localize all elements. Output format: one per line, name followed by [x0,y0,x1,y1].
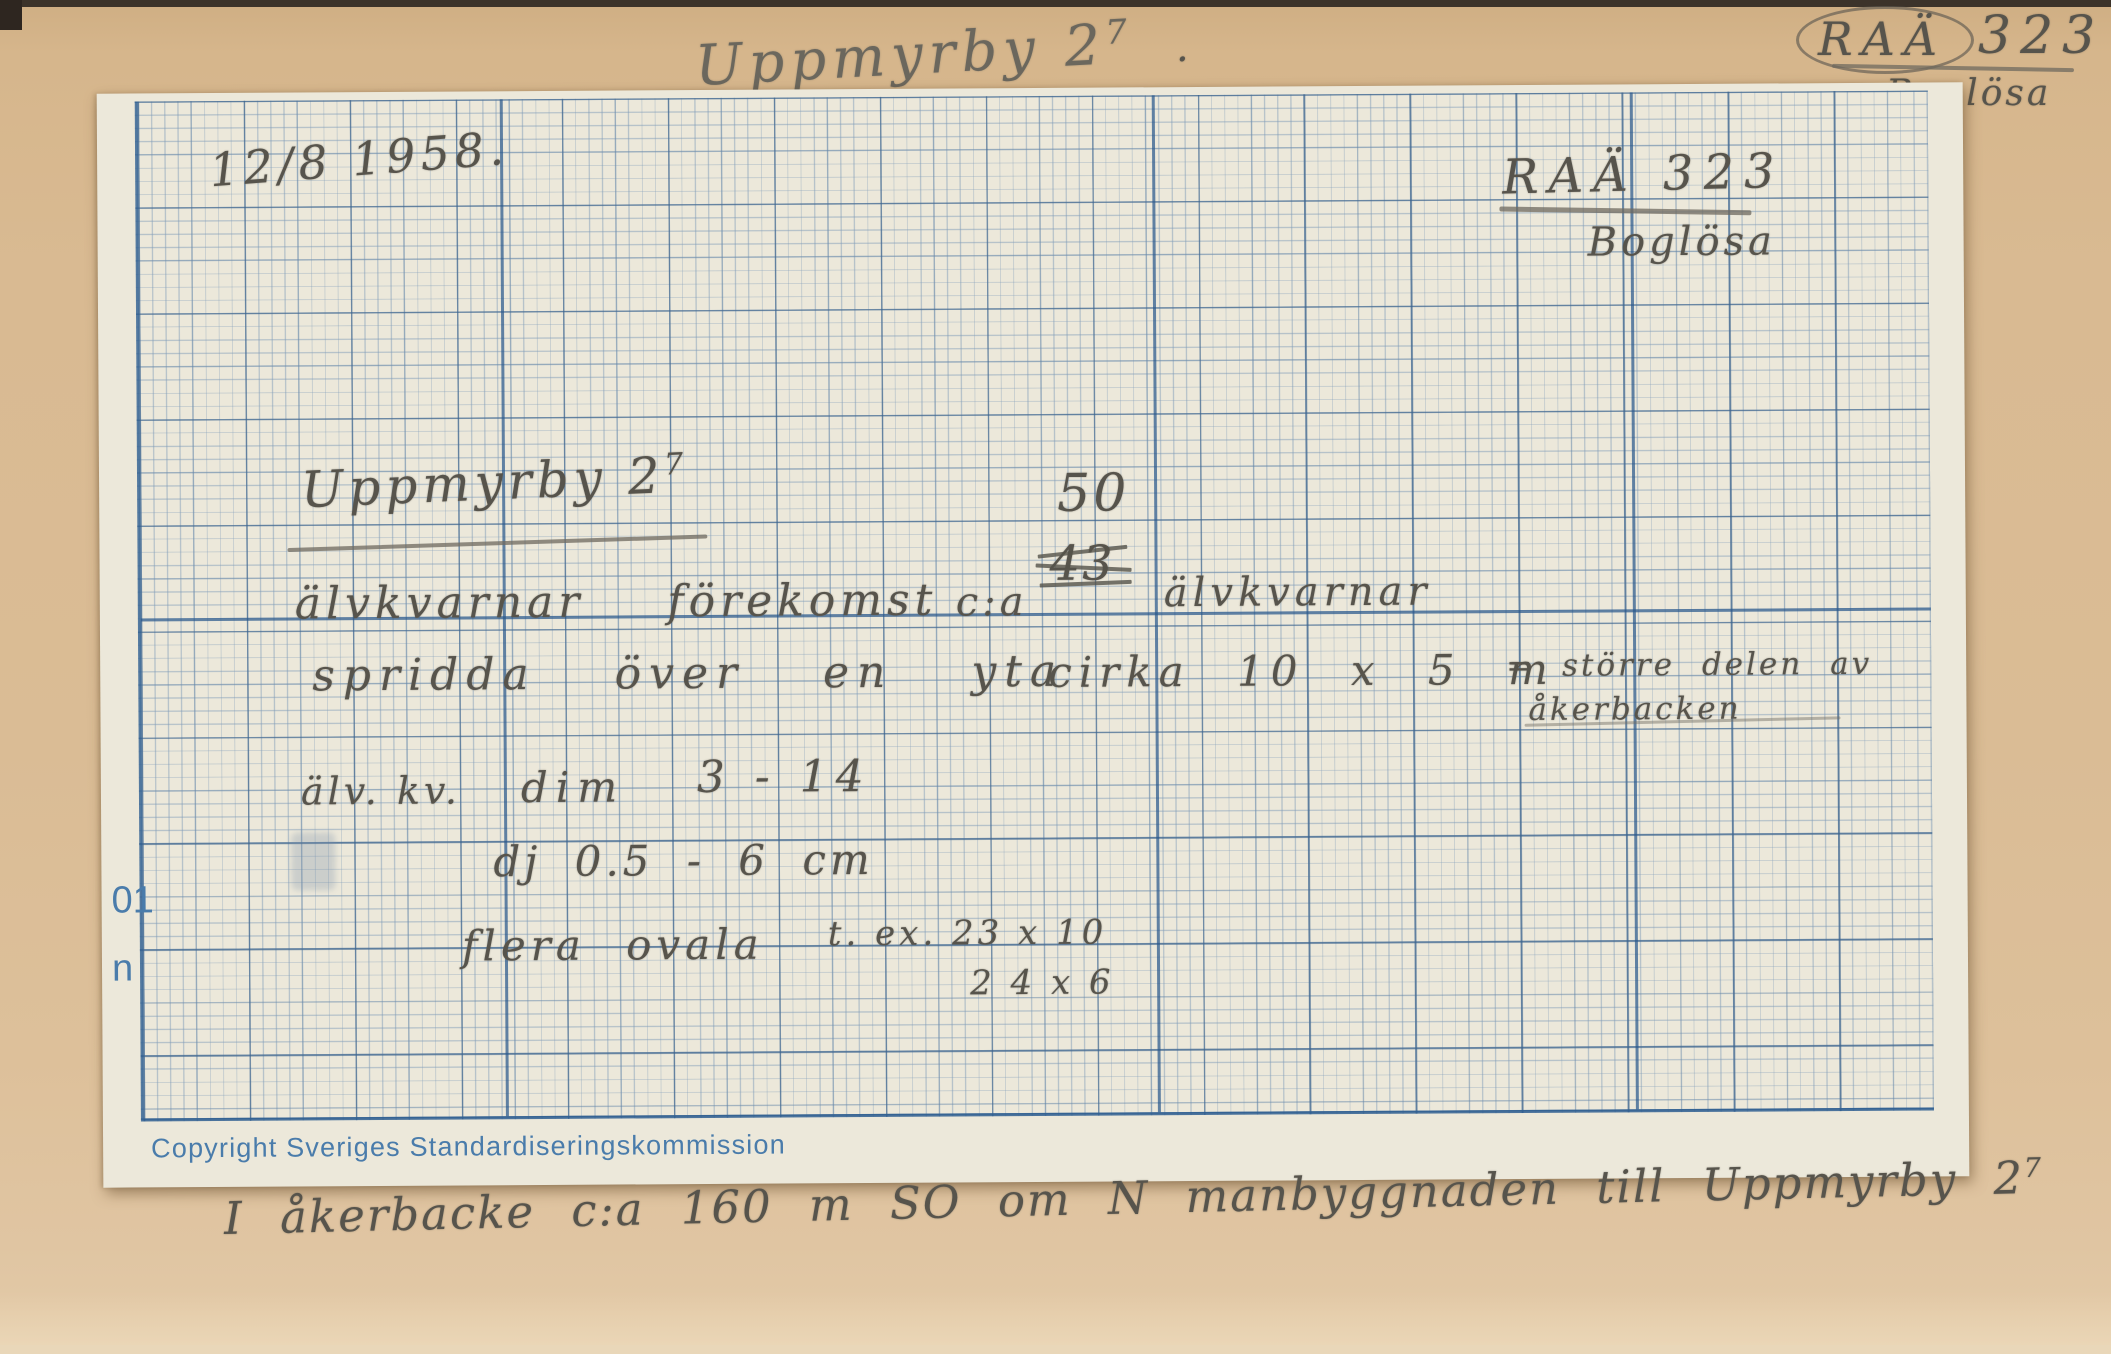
cover-header-number-text: 323 [1978,6,2104,66]
eraser-smudge [291,832,335,890]
scan-top-edge [0,0,2111,7]
sheet-title-superscript: 7 [663,447,689,483]
cover-title-superscript: 7 [1104,12,1133,52]
extent-text: spridda över en yta [312,650,1064,699]
margin-print-fragment-1: 01 [111,879,154,922]
copyright-line: Copyright Sveriges Standardiseringskommi… [151,1130,786,1165]
depth-text: dj 0.5 - 6 cm [493,839,874,883]
grid-heavy-vertical [1152,95,1161,1112]
cover-header-number: 323 [1978,10,2104,62]
count-label: älvkvarnar förekomst [295,579,938,627]
margin-print-fragment-2: n [112,948,133,991]
sheet-title: Uppmyrby 27 [300,449,689,515]
shape-example-2: 2 4 x 6 [970,966,1115,1001]
count-new-value: 50 [1057,467,1129,519]
sheet-id: RAÄ 323 [1502,147,1785,202]
cover-title: Uppmyrby 27 [694,15,1135,96]
cardboard-bottom-lip [0,1345,2111,1354]
shape-text: flera ovala [462,924,764,968]
dim-word: dim [521,766,625,809]
shape-example-1: t. ex. 23 x 10 [828,916,1108,952]
dim-label: älv. kv. [301,771,461,810]
scan-corner-mark [0,0,22,30]
graph-paper-sheet: 01 n Copyright Sveriges Standardiserings… [97,82,1970,1187]
cover-dot: . [1176,28,1189,68]
cover-bottom-note-superscript: 7 [2024,1153,2044,1184]
cover-title-text: Uppmyrby 2 [694,13,1108,99]
count-unit: älvkvarnar [1164,572,1432,614]
extent-size: cirka 10 x 5 m [1048,649,1555,694]
side-note-line1: = större delen av [1506,649,1872,682]
cover-header-ellipse [1796,6,1974,74]
sheet-parish: Boglösa [1587,221,1776,262]
count-approx: c:a [956,582,1028,622]
dim-range: 3 - 14 [697,755,872,800]
